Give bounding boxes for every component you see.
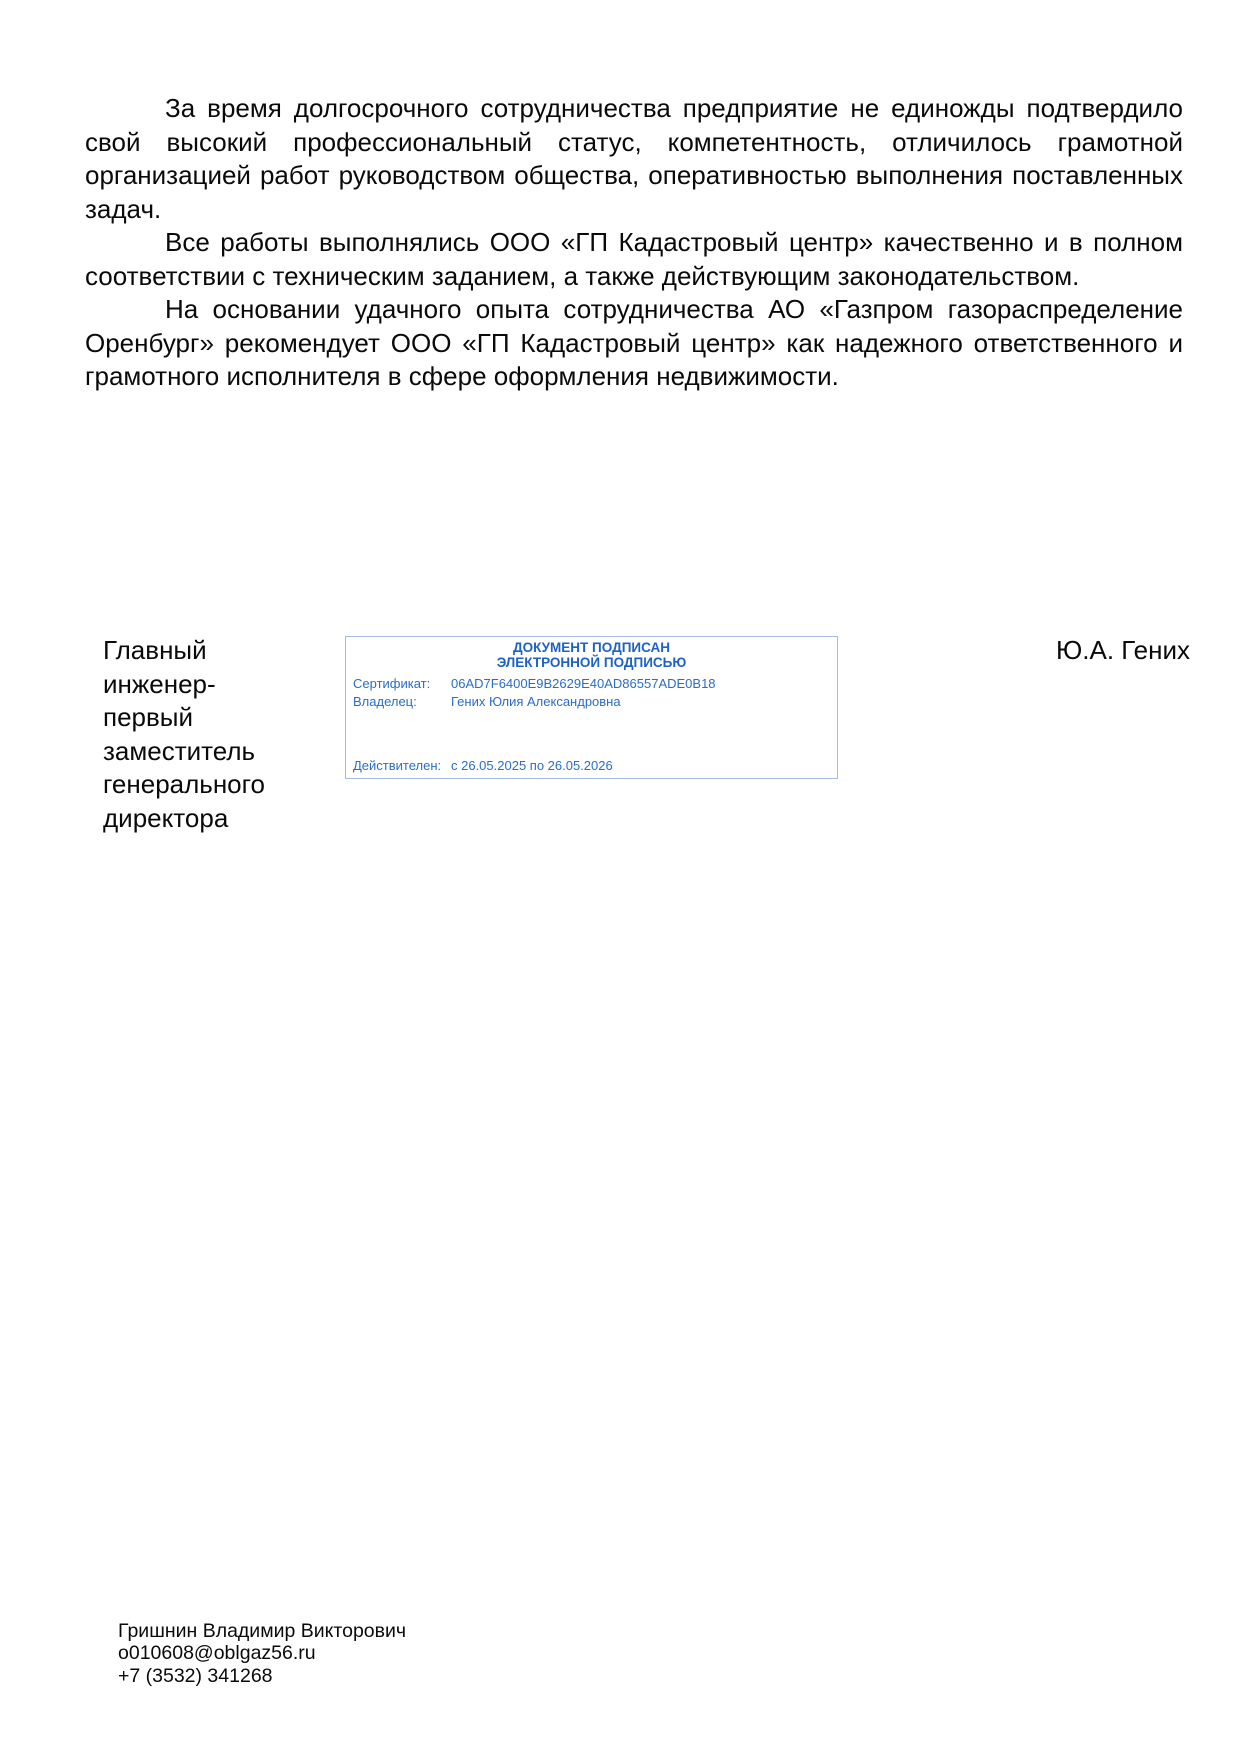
signer-name: Ю.А. Гених	[1056, 634, 1190, 668]
stamp-title-line2: ЭЛЕКТРОННОЙ ПОДПИСЬЮ	[497, 655, 687, 670]
contact-footer: Гришнин Владимир Викторович o010608@oblg…	[118, 1620, 406, 1687]
certificate-row: Сертификат:06AD7F6400E9B2629E40AD86557AD…	[353, 675, 837, 693]
owner-row: Владелец:Гених Юлия Александровна	[353, 693, 837, 711]
contact-phone: +7 (3532) 341268	[118, 1665, 406, 1687]
paragraph-1: За время долгосрочного сотрудничества пр…	[85, 92, 1183, 226]
validity-value: с 26.05.2025 по 26.05.2026	[451, 757, 613, 775]
paragraph-3: На основании удачного опыта сотрудничест…	[85, 293, 1183, 394]
digital-signature-stamp: ДОКУМЕНТ ПОДПИСАН ЭЛЕКТРОННОЙ ПОДПИСЬЮ С…	[345, 636, 838, 779]
contact-email: o010608@oblgaz56.ru	[118, 1642, 406, 1664]
paragraph-2: Все работы выполнялись ООО «ГП Кадастров…	[85, 226, 1183, 293]
validity-row: Действителен:с 26.05.2025 по 26.05.2026	[353, 757, 613, 775]
stamp-title-line1: ДОКУМЕНТ ПОДПИСАН	[513, 640, 670, 655]
owner-value: Гених Юлия Александровна	[451, 693, 621, 711]
signer-position-title: Главный инженер-первый заместитель генер…	[103, 634, 301, 835]
stamp-fields: Сертификат:06AD7F6400E9B2629E40AD86557AD…	[346, 675, 837, 710]
certificate-label: Сертификат:	[353, 675, 451, 693]
stamp-title: ДОКУМЕНТ ПОДПИСАН ЭЛЕКТРОННОЙ ПОДПИСЬЮ	[346, 637, 837, 670]
letter-page: За время долгосрочного сотрудничества пр…	[0, 0, 1241, 1755]
certificate-value: 06AD7F6400E9B2629E40AD86557ADE0B18	[451, 675, 716, 693]
owner-label: Владелец:	[353, 693, 451, 711]
validity-label: Действителен:	[353, 757, 451, 775]
letter-body: За время долгосрочного сотрудничества пр…	[85, 92, 1183, 394]
contact-name: Гришнин Владимир Викторович	[118, 1620, 406, 1642]
